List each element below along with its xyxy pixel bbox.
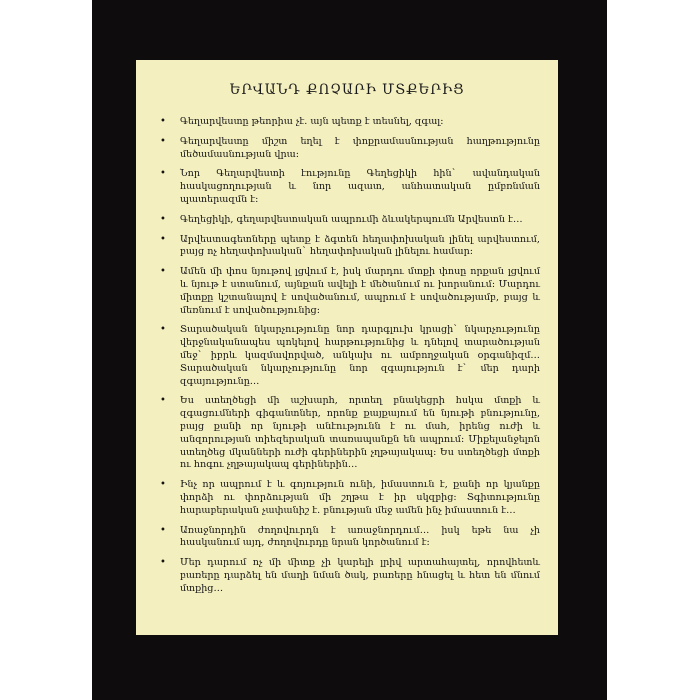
quote-text: Գեղարվեստը թեորիա չէ. այն պետք է տեսնել,… bbox=[180, 116, 443, 127]
quote-item: •Ես ստեղծեցի մի աշխարհ, որտեղ բնակեցրի հ… bbox=[154, 395, 540, 472]
bullet-icon: • bbox=[160, 266, 166, 279]
quote-text: Ինչ որ ապրում է և գոյություն ունի, իմաստ… bbox=[180, 479, 540, 516]
quote-item: •Արվեստագետները պետք է ձգտեն հեղափոխական… bbox=[154, 234, 540, 260]
quote-item: •Գեղեցիկի, գեղարվեստական ապրումի ձևակերպ… bbox=[154, 214, 540, 227]
quote-text: Գեղարվեստը միշտ եղել է փոքրամասնության հ… bbox=[180, 136, 540, 160]
bullet-icon: • bbox=[160, 136, 166, 149]
page-title: ԵՐՎԱՆԴ ՔՈՉԱՐԻ ՄՏՔԵՐԻՑ bbox=[154, 82, 540, 98]
quote-item: •Նոր Գեղարվեստի էությունը Գեղեցիկի հին` … bbox=[154, 168, 540, 206]
quote-item: •Տարածական նկարչությունը նոր դարգլուխ կր… bbox=[154, 324, 540, 388]
quote-item: •Գեղարվեստը միշտ եղել է փոքրամասնության … bbox=[154, 136, 540, 162]
bullet-icon: • bbox=[160, 395, 166, 408]
bullet-icon: • bbox=[160, 324, 166, 337]
quote-item: •Գեղարվեստը թեորիա չէ. այն պետք է տեսնել… bbox=[154, 116, 540, 129]
bullet-icon: • bbox=[160, 479, 166, 492]
bullet-icon: • bbox=[160, 214, 166, 227]
quote-text: Ամեն մի փոս նյութով լցվում է, իսկ մարդու… bbox=[180, 266, 540, 315]
bullet-icon: • bbox=[160, 525, 166, 538]
quote-text: Տարածական նկարչությունը նոր դարգլուխ կրա… bbox=[180, 324, 540, 386]
quote-text: Մեր դարում ոչ մի միտք չի կարելի լրիվ արտ… bbox=[180, 557, 540, 594]
quote-item: •Ինչ որ ապրում է և գոյություն ունի, իմաս… bbox=[154, 479, 540, 517]
quote-text: Առաջնորդին ժողովուրդն է առաջնորդում… իսկ… bbox=[180, 525, 540, 549]
bullet-icon: • bbox=[160, 168, 166, 181]
quotes-list: •Գեղարվեստը թեորիա չէ. այն պետք է տեսնել… bbox=[154, 116, 540, 596]
bullet-icon: • bbox=[160, 557, 166, 570]
quote-item: •Առաջնորդին ժողովուրդն է առաջնորդում… իս… bbox=[154, 525, 540, 551]
quote-item: •Մեր դարում ոչ մի միտք չի կարելի լրիվ ար… bbox=[154, 557, 540, 595]
quote-text: Արվեստագետները պետք է ձգտեն հեղափոխական … bbox=[180, 234, 540, 258]
quote-text: Ես ստեղծեցի մի աշխարհ, որտեղ բնակեցրի հս… bbox=[180, 395, 540, 470]
quote-item: •Ամեն մի փոս նյութով լցվում է, իսկ մարդո… bbox=[154, 266, 540, 317]
bullet-icon: • bbox=[160, 116, 166, 129]
quote-text: Գեղեցիկի, գեղարվեստական ապրումի ձևակերպո… bbox=[180, 214, 523, 225]
bullet-icon: • bbox=[160, 234, 166, 247]
quotes-panel: ԵՐՎԱՆԴ ՔՈՉԱՐԻ ՄՏՔԵՐԻՑ •Գեղարվեստը թեորիա… bbox=[136, 60, 558, 635]
quote-text: Նոր Գեղարվեստի էությունը Գեղեցիկի հին` ա… bbox=[180, 168, 540, 205]
